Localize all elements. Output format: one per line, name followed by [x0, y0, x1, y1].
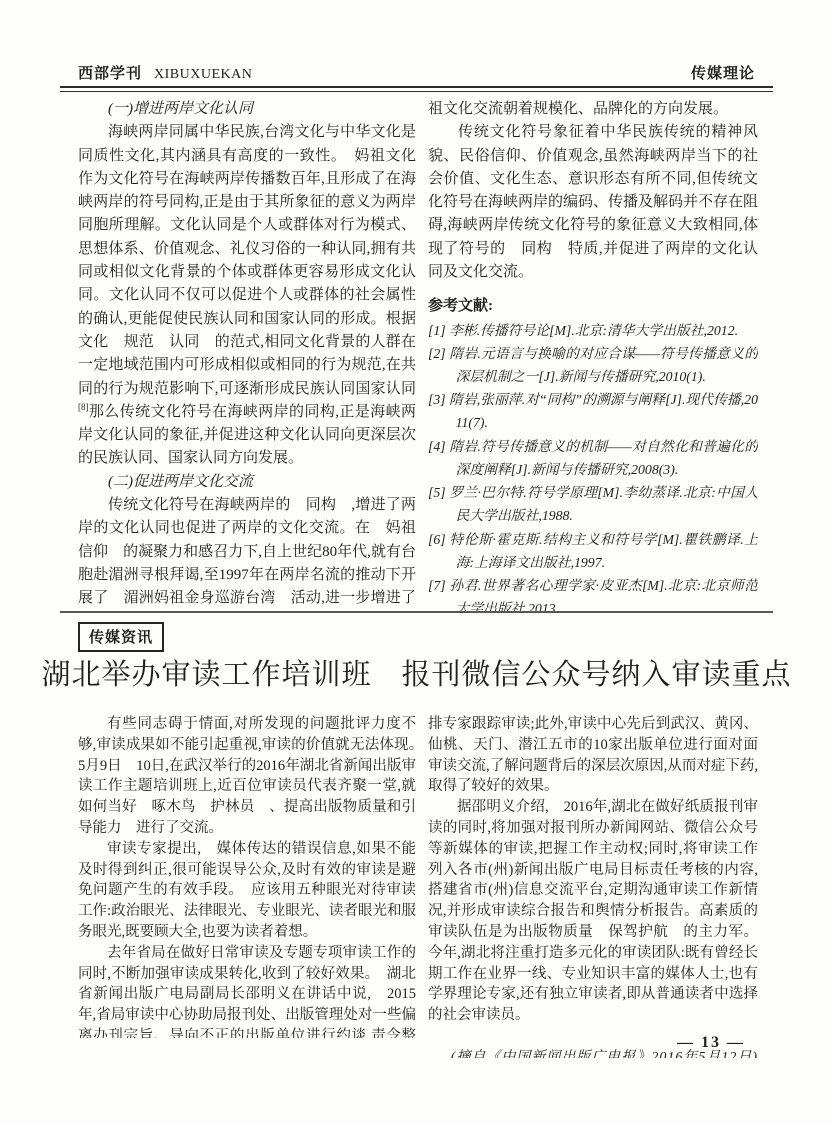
journal-title-cn: 西部学刊 — [78, 62, 142, 83]
paragraph: 传统文化符号在海峡两岸的 同构 ,增进了两岸的文化认同也促进了两岸的文化交流。在… — [78, 494, 416, 612]
paragraph-text: 海峡两岸同属中华民族,台湾文化与中华文化是同质性文化,其内涵具有高度的一致性。 … — [78, 124, 416, 396]
lower-right-column: 排专家跟踪审读;此外,审读中心先后到武汉、黄冈、仙桃、天门、潜江五市的10家出版… — [428, 714, 758, 1058]
paragraph-text: 那么传统文化符号在海峡两岸的同构,正是海峡两岸文化认同的象征,并促进这种文化认同… — [78, 404, 416, 467]
reference-entry: [1] 李彬.传播符号论[M].北京:清华大学出版社,2012. — [428, 319, 758, 342]
upper-left-column: (一)增进两岸文化认同 海峡两岸同属中华民族,台湾文化与中华文化是同质性文化,其… — [78, 98, 416, 612]
reference-entry: [3] 隋岩,张丽萍.对“同构”的溯源与阐释[J].现代传播,2011(7). — [428, 388, 758, 434]
journal-title-en: XIBUXUEKAN — [154, 67, 252, 83]
section-label: 传媒理论 — [691, 62, 755, 83]
paragraph: 海峡两岸同属中华民族,台湾文化与中华文化是同质性文化,其内涵具有高度的一致性。 … — [78, 121, 416, 470]
upper-right-column: 祖文化交流朝着规模化、品牌化的方向发展。 传统文化符号象征着中华民族传统的精神风… — [428, 98, 758, 612]
subsection-heading-1: (一)增进两岸文化认同 — [78, 98, 416, 121]
lower-left-column: 有些同志碍于情面,对所发现的问题批评力度不够,审读成果如不能引起重视,审读的价值… — [78, 714, 416, 1038]
header-double-rule — [60, 86, 773, 92]
subsection-heading-2: (二)促进两岸文化交流 — [78, 471, 416, 494]
paragraph-continuation: 排专家跟踪审读;此外,审读中心先后到武汉、黄冈、仙桃、天门、潜江五市的10家出版… — [428, 714, 758, 797]
article-headline: 湖北举办审读工作培训班 报刊微信公众号纳入审读重点 — [0, 652, 833, 693]
page-header: 西部学刊 XIBUXUEKAN 传媒理论 — [78, 62, 755, 83]
journal-page: 西部学刊 XIBUXUEKAN 传媒理论 (一)增进两岸文化认同 海峡两岸同属中… — [0, 0, 833, 1123]
page-number: — 13 — — [677, 1034, 745, 1052]
reference-entry: [7] 孙君.世界著名心理学家·皮亚杰[M].北京:北京师范大学出版社,2013… — [428, 574, 758, 612]
reference-entry: [2] 隋岩.元语言与换喻的对应合谋——符号传播意义的深层机制之一[J].新闻与… — [428, 342, 758, 388]
reference-entry: [4] 隋岩.符号传播意义的机制——对自然化和普遍化的深度阐释[J].新闻与传播… — [428, 435, 758, 481]
article-divider-rule — [60, 611, 773, 613]
reference-entry: [6] 特伦斯·霍克斯.结构主义和符号学[M].瞿铁鹏译.上海:上海译文出版社,… — [428, 528, 758, 574]
kicker-box: 传媒资讯 — [78, 622, 164, 652]
paragraph: 有些同志碍于情面,对所发现的问题批评力度不够,审读成果如不能引起重视,审读的价值… — [78, 714, 416, 839]
reference-entry: [5] 罗兰·巴尔特.符号学原理[M].李幼蒸译.北京:中国人民大学出版社,19… — [428, 481, 758, 527]
paragraph: 传统文化符号象征着中华民族传统的精神风貌、民俗信仰、价值观念,虽然海峡两岸当下的… — [428, 121, 758, 284]
paragraph: 审读专家提出, 媒体传达的错误信息,如果不能及时得到纠正,很可能误导公众,及时有… — [78, 839, 416, 943]
citation-superscript: [8] — [78, 402, 89, 412]
journal-brand: 西部学刊 XIBUXUEKAN — [78, 62, 252, 83]
paragraph: 去年省局在做好日常审读及专题专项审读工作的同时,不断加强审读成果转化,收到了较好… — [78, 943, 416, 1038]
paragraph-continuation: 祖文化交流朝着规模化、品牌化的方向发展。 — [428, 98, 758, 121]
references-heading: 参考文献: — [428, 295, 758, 318]
paragraph: 据邵明义介绍, 2016年,湖北在做好纸质报刊审读的同时,将加强对报刊所办新闻网… — [428, 797, 758, 1026]
